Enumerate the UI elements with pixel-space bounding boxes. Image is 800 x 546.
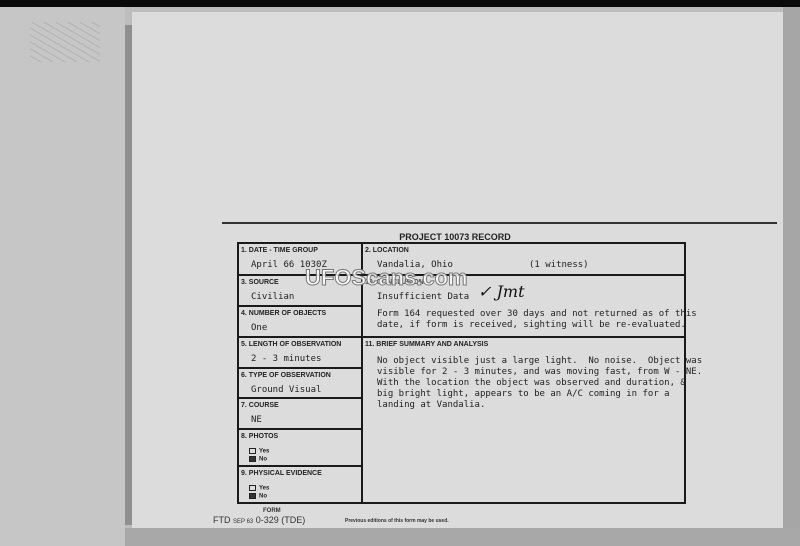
footer-note: Previous editions of this form may be us… [345,518,449,524]
checkbox-empty-icon [249,485,256,491]
field-value: NE [251,415,262,425]
scan-bottom-edge [125,528,800,546]
photos-yes-option: Yes [249,448,269,455]
field-label: 11. BRIEF SUMMARY AND ANALYSIS [365,341,488,348]
checkbox-checked-icon [249,456,256,462]
field-label: 8. PHOTOS [241,433,278,440]
witness-count: (1 witness) [529,260,589,270]
evidence-yes-option: Yes [249,485,269,492]
scan-right-edge [783,7,800,546]
summary-line: landing at Vandalia. [377,400,485,411]
field-value: 2 - 3 minutes [251,354,321,364]
header-rule [222,222,777,224]
conclusion-note-line: date, if form is received, sighting will… [377,320,686,331]
field-label: 6. TYPE OF OBSERVATION [241,372,331,379]
field-label: 3. SOURCE [241,279,279,286]
field-length-of-observation: 5. LENGTH OF OBSERVATION 2 - 3 minutes [239,338,361,369]
field-course: 7. COURSE NE [239,399,361,430]
watermark: UFOScans.com [305,265,468,291]
field-label: 1. DATE - TIME GROUP [241,247,318,254]
scan-top-edge [0,0,800,7]
summary-line: No object visible just a large light. No… [377,356,702,367]
evidence-no-option: No [249,493,267,500]
form-title: PROJECT 10073 RECORD [0,232,800,242]
scan-left-shadow [125,25,132,525]
scratch-marks [30,22,100,62]
field-value: Insufficient Data [377,292,469,302]
field-type-of-observation: 6. TYPE OF OBSERVATION Ground Visual [239,369,361,399]
field-label: 9. PHYSICAL EVIDENCE [241,470,322,477]
field-physical-evidence: 9. PHYSICAL EVIDENCE Yes No [239,467,361,504]
footer-form-word: FORM [263,508,281,514]
checkbox-empty-icon [249,448,256,454]
summary-line: With the location the object was observe… [377,378,686,389]
checkbox-checked-icon [249,493,256,499]
field-value: Civilian [251,292,294,302]
field-number-of-objects: 4. NUMBER OF OBJECTS One [239,307,361,338]
conclusion-note-line: Form 164 requested over 30 days and not … [377,309,697,320]
summary-line: visible for 2 - 3 minutes, and was movin… [377,367,702,378]
field-value: One [251,323,267,333]
field-label: 4. NUMBER OF OBJECTS [241,310,326,317]
field-label: 5. LENGTH OF OBSERVATION [241,341,341,348]
field-photos: 8. PHOTOS Yes No [239,430,361,467]
field-summary: 11. BRIEF SUMMARY AND ANALYSIS No object… [363,338,686,504]
photos-no-option: No [249,456,267,463]
footer-form-id: FTD SEP 63 0-329 (TDE) [213,515,305,525]
summary-line: big bright light, appears to be an A/C c… [377,389,670,400]
handwritten-signature: ✓ Jmt [478,282,525,301]
field-label: 7. COURSE [241,402,279,409]
scan-left-margin [0,7,125,546]
field-label: 2. LOCATION [365,247,409,254]
field-value: Ground Visual [251,385,321,395]
